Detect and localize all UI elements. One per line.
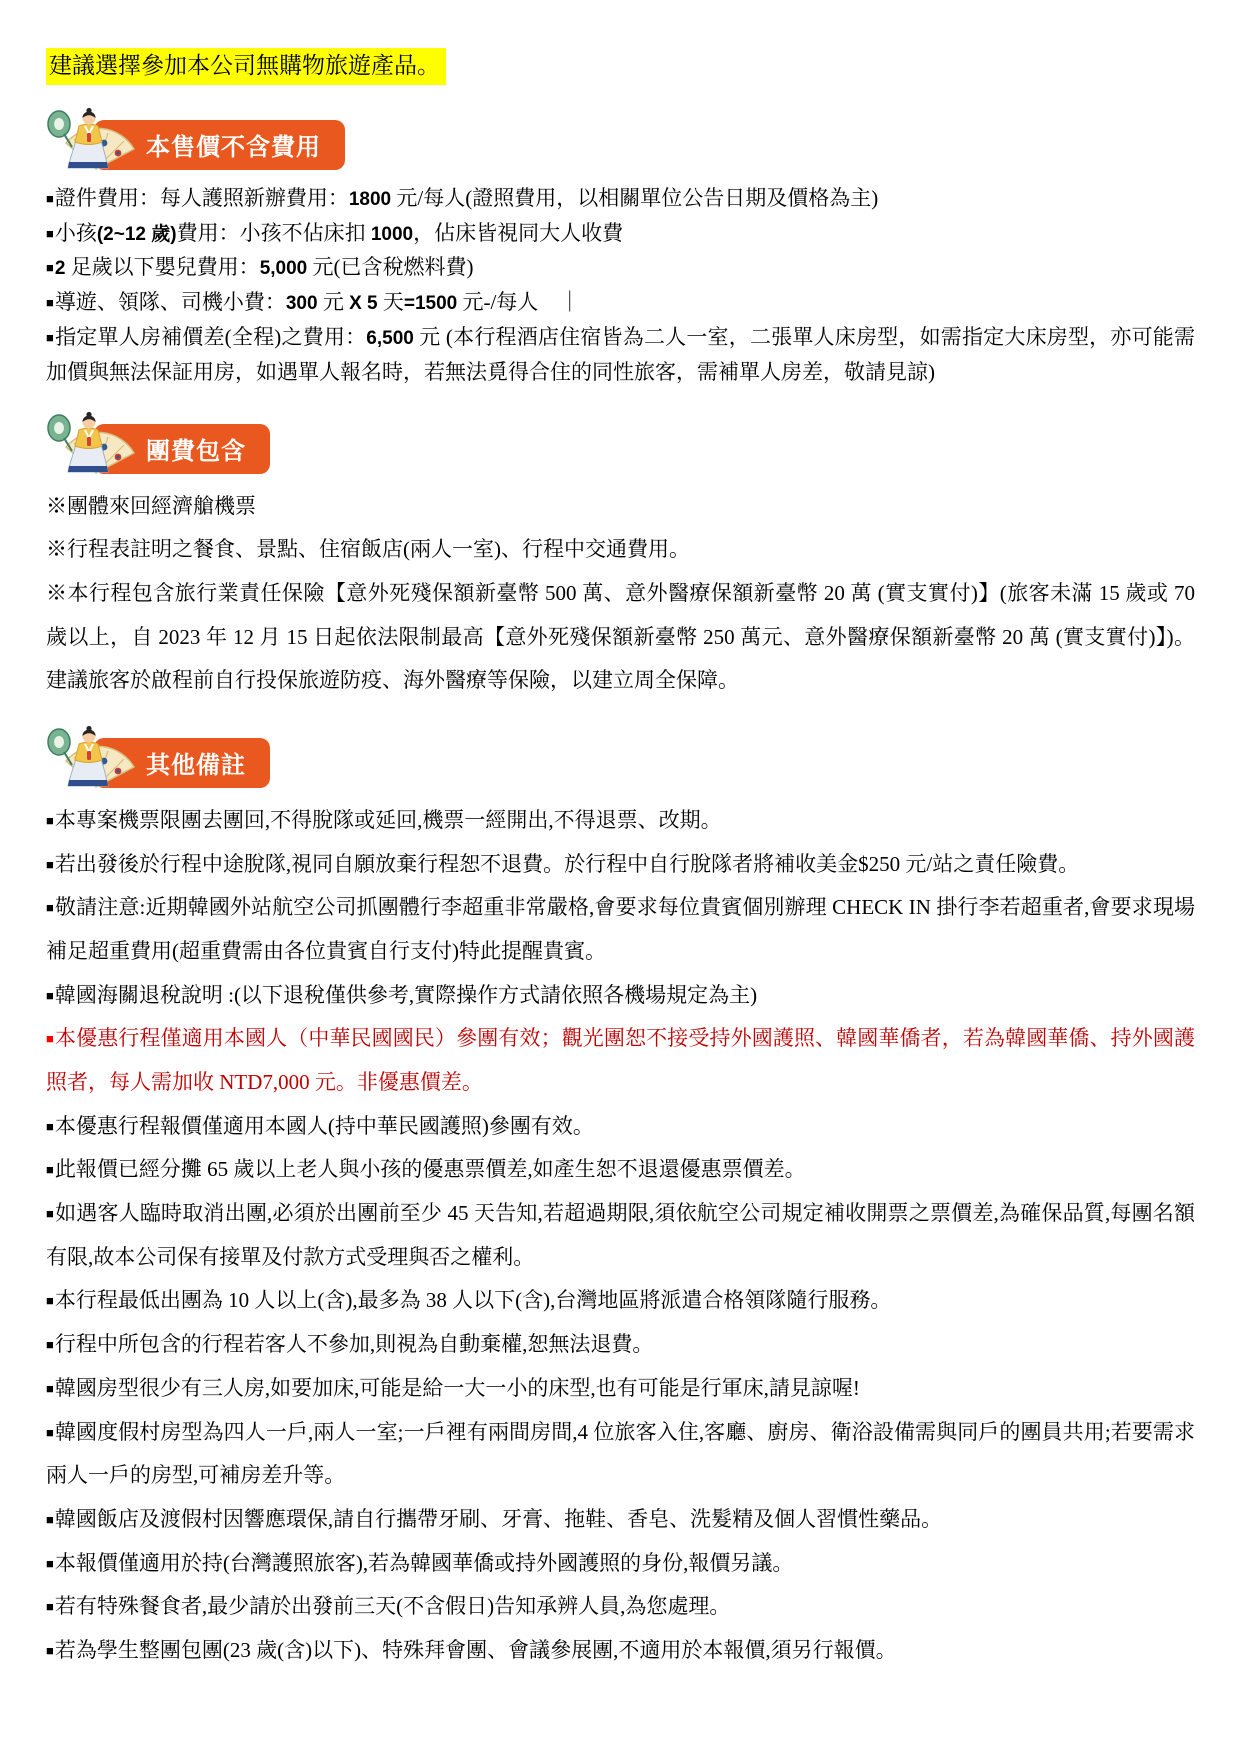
emphasized-number: 1000 — [371, 224, 413, 245]
item-text: 費用：小孩不佔床扣 — [177, 221, 371, 245]
list-item: ※行程表註明之餐食、景點、住宿飯店(兩人一室)、行程中交通費用。 — [46, 528, 1195, 572]
hanbok-woman-icon — [46, 725, 136, 789]
tour-fee-includes-list: ※團體來回經濟艙機票※行程表註明之餐食、景點、住宿飯店(兩人一室)、行程中交通費… — [46, 485, 1195, 703]
emphasized-number: (2~12 歲) — [97, 224, 177, 245]
bullet-marker: ■ — [46, 988, 54, 1003]
item-text: 證件費用：每人護照新辦費用： — [55, 186, 349, 210]
item-text: 韓國海關退稅說明 :(以下退稅僅供參考,實際操作方式請依照各機場規定為主) — [55, 983, 757, 1007]
bullet-marker: ■ — [46, 1162, 54, 1177]
bullet-marker: ■ — [46, 330, 54, 345]
bullet-marker: ■ — [46, 1512, 54, 1527]
item-text: 若有特殊餐食者,最少請於出發前三天(不含假日)告知承辨人員,為您處理。 — [55, 1594, 730, 1618]
item-text: 指定單人房補價差(全程)之費用： — [55, 325, 366, 349]
item-text: 本行程最低出團為 10 人以上(含),最多為 38 人以下(含),台灣地區將派遣… — [55, 1288, 891, 1312]
item-text: 韓國度假村房型為四人一戶,兩人一室;一戶裡有兩間房間,4 位旅客入住,客廳、廚房… — [46, 1420, 1195, 1488]
bullet-marker: ※ — [46, 494, 67, 518]
emphasized-number: 1800 — [349, 189, 391, 210]
hanbok-woman-icon — [46, 411, 136, 475]
list-item: ■韓國海關退稅說明 :(以下退稅僅供參考,實際操作方式請依照各機場規定為主) — [46, 974, 1195, 1018]
hanbok-woman-icon — [46, 107, 136, 171]
section-header-price-excludes: 本售價不含費用 — [46, 109, 1195, 171]
item-text: ，佔床皆視同大人收費 — [413, 221, 623, 245]
list-item: ■韓國飯店及渡假村因響應環保,請自行攜帶牙刷、牙膏、拖鞋、香皂、洗髮精及個人習慣… — [46, 1498, 1195, 1542]
item-text: 天 — [378, 290, 404, 314]
list-item: ■小孩(2~12 歲)費用：小孩不佔床扣 1000，佔床皆視同大人收費 — [46, 216, 1195, 251]
bullet-marker: ■ — [46, 900, 54, 915]
list-item: ■韓國房型很少有三人房,如要加床,可能是給一大一小的床型,也有可能是行軍床,請見… — [46, 1367, 1195, 1411]
list-item: ■敬請注意:近期韓國外站航空公司抓團體行李超重非常嚴格,會要求每位貴賓個別辦理 … — [46, 886, 1195, 973]
item-text: 若為學生整團包團(23 歲(含)以下)、特殊拜會團、會議參展團,不適用於本報價,… — [55, 1638, 897, 1662]
list-item: ■韓國度假村房型為四人一戶,兩人一室;一戶裡有兩間房間,4 位旅客入住,客廳、廚… — [46, 1411, 1195, 1498]
list-item: ※團體來回經濟艙機票 — [46, 485, 1195, 529]
bullet-marker: ■ — [46, 1337, 54, 1352]
emphasized-number: 6,500 — [366, 328, 414, 349]
emphasized-number: 300 — [286, 293, 318, 314]
item-text: 本報價僅適用於持(台灣護照旅客),若為韓國華僑或持外國護照的身份,報價另議。 — [55, 1551, 793, 1575]
bullet-marker: ■ — [46, 813, 54, 828]
item-text: 韓國飯店及渡假村因響應環保,請自行攜帶牙刷、牙膏、拖鞋、香皂、洗髮精及個人習慣性… — [55, 1507, 942, 1531]
bullet-marker: ■ — [46, 1425, 54, 1440]
item-text: 元/每人(證照費用，以相關單位公告日期及價格為主) — [391, 186, 878, 210]
price-excludes-list: ■證件費用：每人護照新辦費用：1800 元/每人(證照費用，以相關單位公告日期及… — [46, 181, 1195, 389]
bullet-marker: ■ — [46, 1031, 54, 1046]
section-header-other-notes: 其他備註 — [46, 727, 1195, 789]
bullet-marker: ■ — [46, 1381, 54, 1396]
other-notes-list: ■本專案機票限團去團回,不得脫隊或延回,機票一經開出,不得退票、改期。■若出發後… — [46, 799, 1195, 1672]
list-item: ※本行程包含旅行業責任保險【意外死殘保額新臺幣 500 萬、意外醫療保額新臺幣 … — [46, 572, 1195, 703]
list-item: ■指定單人房補價差(全程)之費用：6,500 元 (本行程酒店住宿皆為二人一室，… — [46, 320, 1195, 389]
list-item: ■此報價已經分攤 65 歲以上老人與小孩的優惠票價差,如產生恕不退還優惠票價差。 — [46, 1148, 1195, 1192]
list-item: ■本報價僅適用於持(台灣護照旅客),若為韓國華僑或持外國護照的身份,報價另議。 — [46, 1542, 1195, 1586]
bullet-marker: ■ — [46, 260, 54, 275]
bullet-marker: ■ — [46, 1643, 54, 1658]
bullet-marker: ■ — [46, 857, 54, 872]
emphasized-number: 5,000 — [260, 258, 308, 279]
list-item: ■證件費用：每人護照新辦費用：1800 元/每人(證照費用，以相關單位公告日期及… — [46, 181, 1195, 216]
list-item: ■導遊、領隊、司機小費：300 元 X 5 天=1500 元-/每人 ｜ — [46, 285, 1195, 320]
item-text: 行程表註明之餐食、景點、住宿飯店(兩人一室)、行程中交通費用。 — [67, 537, 690, 561]
bullet-marker: ■ — [46, 1119, 54, 1134]
list-item: ■本優惠行程報價僅適用本國人(持中華民國護照)參團有效。 — [46, 1105, 1195, 1149]
item-text: 本專案機票限團去團回,不得脫隊或延回,機票一經開出,不得退票、改期。 — [55, 808, 722, 832]
emphasized-number: 2 — [55, 258, 66, 279]
item-text: 如遇客人臨時取消出團,必須於出團前至少 45 天告知,若超過期限,須依航空公司規… — [46, 1201, 1195, 1269]
item-text: 韓國房型很少有三人房,如要加床,可能是給一大一小的床型,也有可能是行軍床,請見諒… — [55, 1376, 860, 1400]
item-text: 敬請注意:近期韓國外站航空公司抓團體行李超重非常嚴格,會要求每位貴賓個別辦理 C… — [46, 895, 1195, 963]
item-text: 團體來回經濟艙機票 — [67, 494, 256, 518]
item-text: 足歲以下嬰兒費用： — [65, 255, 259, 279]
item-text: 小孩 — [55, 221, 97, 245]
item-text: 元-/每人 ｜ — [457, 290, 580, 314]
emphasized-number: X 5 — [349, 293, 378, 314]
list-item: ■本行程最低出團為 10 人以上(含),最多為 38 人以下(含),台灣地區將派… — [46, 1279, 1195, 1323]
bullet-marker: ■ — [46, 1206, 54, 1221]
bullet-marker: ■ — [46, 1599, 54, 1614]
bullet-marker: ■ — [46, 226, 54, 241]
list-item: ■行程中所包含的行程若客人不參加,則視為自動棄權,恕無法退費。 — [46, 1323, 1195, 1367]
item-text: 行程中所包含的行程若客人不參加,則視為自動棄權,恕無法退費。 — [55, 1332, 654, 1356]
item-text: 元(已含稅燃料費) — [307, 255, 473, 279]
item-text: 導遊、領隊、司機小費： — [55, 290, 286, 314]
list-item: ■2 足歲以下嬰兒費用：5,000 元(已含稅燃料費) — [46, 250, 1195, 285]
notice-highlight: 建議選擇參加本公司無購物旅遊產品。 — [46, 48, 446, 85]
item-text: 元 — [318, 290, 350, 314]
bullet-marker: ■ — [46, 191, 54, 206]
list-item: ■若有特殊餐食者,最少請於出發前三天(不含假日)告知承辨人員,為您處理。 — [46, 1585, 1195, 1629]
emphasized-number: =1500 — [404, 293, 457, 314]
item-text: 本優惠行程僅適用本國人（中華民國國民）參團有效；觀光團恕不接受持外國護照、韓國華… — [46, 1026, 1195, 1094]
bullet-marker: ※ — [46, 581, 67, 605]
document-page: { "notice": { "highlight_text": "建議選擇參加本… — [0, 0, 1241, 1755]
item-text: 若出發後於行程中途脫隊,視同自願放棄行程恕不退費。於行程中自行脫隊者將補收美金$… — [55, 852, 1079, 876]
bullet-marker: ■ — [46, 295, 54, 310]
bullet-marker: ■ — [46, 1556, 54, 1571]
item-text: 此報價已經分攤 65 歲以上老人與小孩的優惠票價差,如產生恕不退還優惠票價差。 — [55, 1157, 806, 1181]
list-item: ■若為學生整團包團(23 歲(含)以下)、特殊拜會團、會議參展團,不適用於本報價… — [46, 1629, 1195, 1673]
bullet-marker: ※ — [46, 537, 67, 561]
section-header-tour-fee-includes: 團費包含 — [46, 413, 1195, 475]
bullet-marker: ■ — [46, 1293, 54, 1308]
list-item: ■本優惠行程僅適用本國人（中華民國國民）參團有效；觀光團恕不接受持外國護照、韓國… — [46, 1017, 1195, 1104]
list-item: ■若出發後於行程中途脫隊,視同自願放棄行程恕不退費。於行程中自行脫隊者將補收美金… — [46, 843, 1195, 887]
list-item: ■如遇客人臨時取消出團,必須於出團前至少 45 天告知,若超過期限,須依航空公司… — [46, 1192, 1195, 1279]
list-item: ■本專案機票限團去團回,不得脫隊或延回,機票一經開出,不得退票、改期。 — [46, 799, 1195, 843]
item-text: 本優惠行程報價僅適用本國人(持中華民國護照)參團有效。 — [55, 1114, 594, 1138]
item-text: 本行程包含旅行業責任保險【意外死殘保額新臺幣 500 萬、意外醫療保額新臺幣 2… — [46, 581, 1195, 692]
